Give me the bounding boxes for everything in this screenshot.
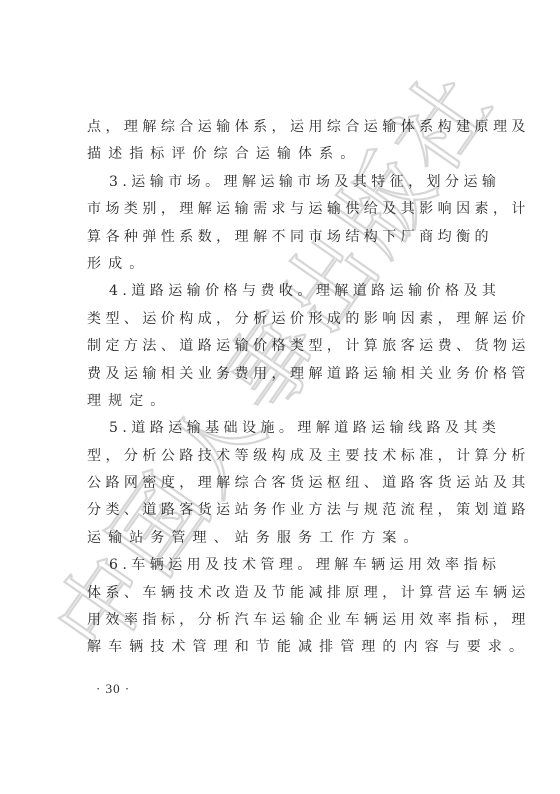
text-line: 点 ， 理 解 综 合 运 输 体 系 ， 运 用 综 合 运 输 体 系 构 …	[87, 114, 475, 141]
text-line: 5 . 道 路 运 输 基 础 设 施 。 理 解 道 路 运 输 线 路 及 …	[87, 415, 475, 442]
text-line: 运输站务管理、站务服务工作方案。	[87, 525, 475, 552]
text-line: 算 各 种 弹 性 系 数 ， 理 解 不 同 市 场 结 构 下 厂 商 均 …	[87, 224, 475, 251]
paragraph-item-4: 4 . 道 路 运 输 价 格 与 费 收 。 理 解 道 路 运 输 价 格 …	[87, 278, 475, 415]
paragraph-item-3: 3 . 运 输 市 场 。 理 解 运 输 市 场 及 其 特 征 ， 划 分 …	[87, 169, 475, 279]
text-line: 制 定 方 法 、 道 路 运 输 价 格 类 型 ， 计 算 旅 客 运 费 …	[87, 333, 475, 360]
text-line: 用 效 率 指 标 ， 分 析 汽 车 运 输 企 业 车 辆 运 用 效 率 …	[87, 607, 475, 634]
body-text: 点 ， 理 解 综 合 运 输 体 系 ， 运 用 综 合 运 输 体 系 构 …	[87, 114, 475, 662]
text-line: 分 类 、 道 路 客 货 运 站 务 作 业 方 法 与 规 范 流 程 ， …	[87, 497, 475, 524]
text-line: 市 场 类 别 ， 理 解 运 输 需 求 与 运 输 供 给 及 其 影 响 …	[87, 196, 475, 223]
text-line: 4 . 道 路 运 输 价 格 与 费 收 。 理 解 道 路 运 输 价 格 …	[87, 278, 475, 305]
text-line: 公 路 网 密 度 ， 理 解 综 合 客 货 运 枢 纽 、 道 路 客 货 …	[87, 470, 475, 497]
text-line: 型 ， 分 析 公 路 技 术 等 级 构 成 及 主 要 技 术 标 准 ， …	[87, 443, 475, 470]
text-line: 理规定。	[87, 388, 475, 415]
text-line: 3 . 运 输 市 场 。 理 解 运 输 市 场 及 其 特 征 ， 划 分 …	[87, 169, 475, 196]
text-line: 描述指标评价综合运输体系。	[87, 141, 475, 168]
text-line: 体 系 、 车 辆 技 术 改 造 及 节 能 减 排 原 理 ， 计 算 营 …	[87, 580, 475, 607]
paragraph-continued: 点 ， 理 解 综 合 运 输 体 系 ， 运 用 综 合 运 输 体 系 构 …	[87, 114, 475, 169]
text-line: 形成。	[87, 251, 475, 278]
paragraph-item-6: 6 . 车 辆 运 用 及 技 术 管 理 。 理 解 车 辆 运 用 效 率 …	[87, 552, 475, 662]
paragraph-item-5: 5 . 道 路 运 输 基 础 设 施 。 理 解 道 路 运 输 线 路 及 …	[87, 415, 475, 552]
page-number: · 30 ·	[96, 681, 130, 697]
text-line: 解车辆技术管理和节能减排管理的内容与要求。	[87, 634, 475, 661]
text-line: 类 型 、 运 价 构 成 ， 分 析 运 价 形 成 的 影 响 因 素 ， …	[87, 306, 475, 333]
document-page: 中国人事出版社 点 ， 理 解 综 合 运 输 体 系 ， 运 用 综 合 运 …	[0, 0, 560, 794]
text-line: 6 . 车 辆 运 用 及 技 术 管 理 。 理 解 车 辆 运 用 效 率 …	[87, 552, 475, 579]
text-line: 费 及 运 输 相 关 业 务 费 用 ， 理 解 道 路 运 输 相 关 业 …	[87, 361, 475, 388]
